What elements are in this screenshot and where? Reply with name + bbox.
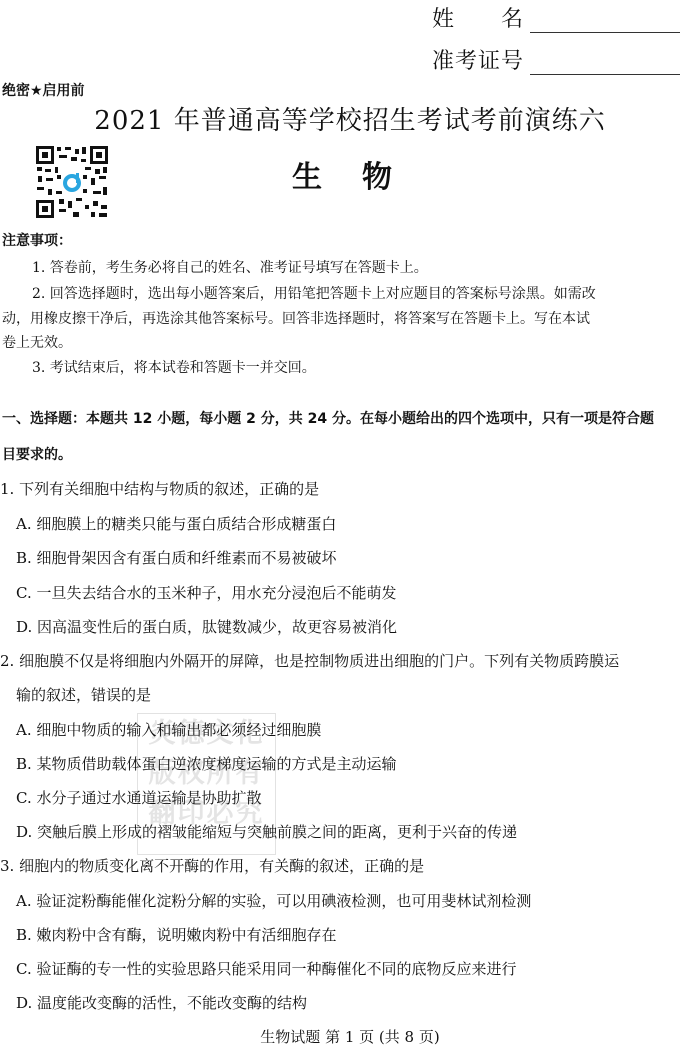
exam-id-field: 准考证号 (432, 44, 680, 75)
question-1-option-b: B. 细胞骨架因含有蛋白质和纤维素而不易被破坏 (16, 541, 337, 575)
question-2-option-c: C. 水分子通过水通道运输是协助扩散 (16, 781, 261, 815)
question-3-option-d: D. 温度能改变酶的活性，不能改变酶的结构 (16, 986, 307, 1020)
exam-id-blank (530, 54, 680, 75)
page-footer: 生物试题 第 1 页 (共 8 页) (0, 1026, 700, 1047)
question-3-option-b: B. 嫩肉粉中含有酶，说明嫩肉粉中有活细胞存在 (16, 918, 337, 952)
name-field: 姓 名 (432, 2, 680, 33)
notice-item-2-cont2: 卷上无效。 (2, 331, 72, 355)
question-2-option-d: D. 突触后膜上形成的褶皱能缩短与突触前膜之间的距离，更利于兴奋的传递 (16, 815, 517, 849)
subject-char-1: 生 (292, 160, 322, 195)
question-2-option-a: A. 细胞中物质的输入和输出都必须经过细胞膜 (16, 713, 321, 747)
question-3-option-a: A. 验证淀粉酶能催化淀粉分解的实验，可以用碘液检测，也可用斐林试剂检测 (16, 884, 531, 918)
question-1-option-c: C. 一旦失去结合水的玉米种子，用水充分浸泡后不能萌发 (16, 576, 396, 610)
question-1-option-d: D. 因高温变性后的蛋白质，肽键数减少，故更容易被消化 (16, 610, 397, 644)
question-3-option-c: C. 验证酶的专一性的实验思路只能采用同一种酶催化不同的底物反应来进行 (16, 952, 516, 986)
notice-heading: 注意事项： (2, 230, 72, 250)
notice-item-2: 2. 回答选择题时，选出每小题答案后，用铅笔把答题卡上对应题目的答案标号涂黑。如… (32, 282, 596, 306)
section-heading: 一、选择题：本题共 12 小题，每小题 2 分，共 24 分。在每小题给出的四个… (2, 407, 654, 431)
question-3-stem: 3. 细胞内的物质变化离不开酶的作用，有关酶的叙述，正确的是 (0, 849, 424, 883)
qr-code-icon (35, 145, 109, 219)
question-1-option-a: A. 细胞膜上的糖类只能与蛋白质结合形成糖蛋白 (16, 507, 336, 541)
question-2-stem-cont: 输的叙述，错误的是 (16, 678, 151, 712)
section-heading-cont: 目要求的。 (2, 443, 72, 467)
exam-id-label: 准考证号 (432, 49, 524, 74)
subject-title: 生物 (292, 152, 392, 196)
name-blank (530, 12, 680, 33)
question-2-stem: 2. 细胞膜不仅是将细胞内外隔开的屏障，也是控制物质进出细胞的门户。下列有关物质… (0, 644, 619, 678)
name-label: 姓 名 (432, 7, 524, 32)
exam-title: 2021 年普通高等学校招生考试考前演练六 (0, 100, 700, 137)
question-1-stem: 1. 下列有关细胞中结构与物质的叙述，正确的是 (0, 472, 319, 506)
notice-item-2-cont: 动，用橡皮擦干净后，再选涂其他答案标号。回答非选择题时，将答案写在答题卡上。写在… (2, 307, 590, 331)
notice-item-1: 1. 答卷前，考生务必将自己的姓名、准考证号填写在答题卡上。 (32, 256, 428, 280)
subject-char-2: 物 (362, 160, 392, 195)
question-2-option-b: B. 某物质借助载体蛋白逆浓度梯度运输的方式是主动运输 (16, 747, 397, 781)
notice-item-3: 3. 考试结束后，将本试卷和答题卡一并交回。 (32, 356, 316, 380)
confidential-label: 绝密★启用前 (2, 80, 85, 100)
